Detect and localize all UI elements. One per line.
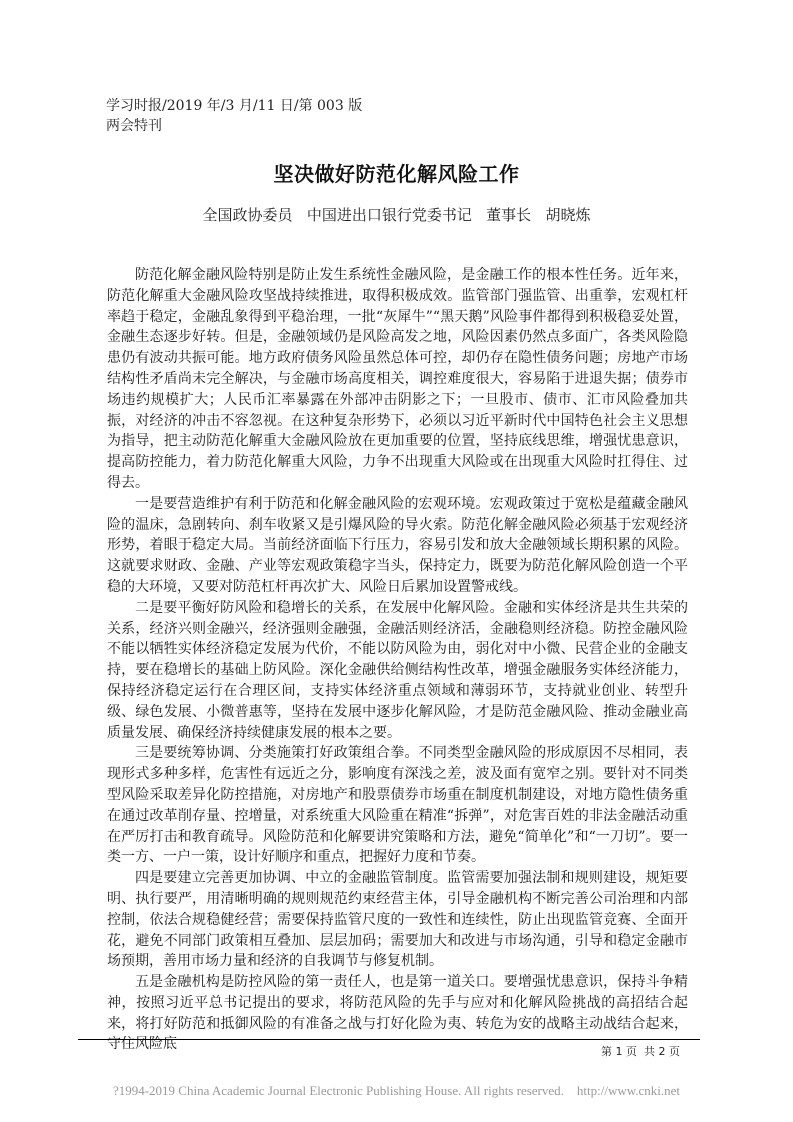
footer-divider <box>78 1039 700 1040</box>
paragraph-point-2: 二是要平衡好防风险和稳增长的关系，在发展中化解风险。金融和实体经济是共生共荣的关… <box>107 598 688 744</box>
article-title: 坚决做好防范化解风险工作 <box>0 158 793 187</box>
author-byline: 全国政协委员 中国进出口银行党委书记 董事长 胡晓炼 <box>0 204 793 225</box>
paragraph-intro: 防范化解金融风险特别是防止发生系统性金融风险，是金融工作的根本性任务。近年来，防… <box>107 265 688 494</box>
paragraph-point-1: 一是要营造维护有利于防范和化解金融风险的宏观环境。宏观政策过于宽松是蕴藏金融风险… <box>107 494 688 598</box>
paragraph-point-3: 三是要统筹协调、分类施策打好政策组合拳。不同类型金融风险的形成原因不尽相同，表现… <box>107 743 688 868</box>
column-name: 两会特刊 <box>106 116 362 136</box>
paragraph-point-4: 四是要建立完善更加协调、中立的金融监管制度。监管需要加强法制和规则建设，规矩要明… <box>107 868 688 972</box>
page-indicator: 第 1 页 共 2 页 <box>601 1043 680 1059</box>
source-line: 学习时报/2019 年/3 月/11 日/第 003 版 <box>106 96 362 116</box>
article-body: 防范化解金融风险特别是防止发生系统性金融风险，是金融工作的根本性任务。近年来，防… <box>107 265 688 1055</box>
copyright-notice: ?1994-2019 China Academic Journal Electr… <box>0 1083 793 1099</box>
publication-meta: 学习时报/2019 年/3 月/11 日/第 003 版 两会特刊 <box>106 96 362 136</box>
